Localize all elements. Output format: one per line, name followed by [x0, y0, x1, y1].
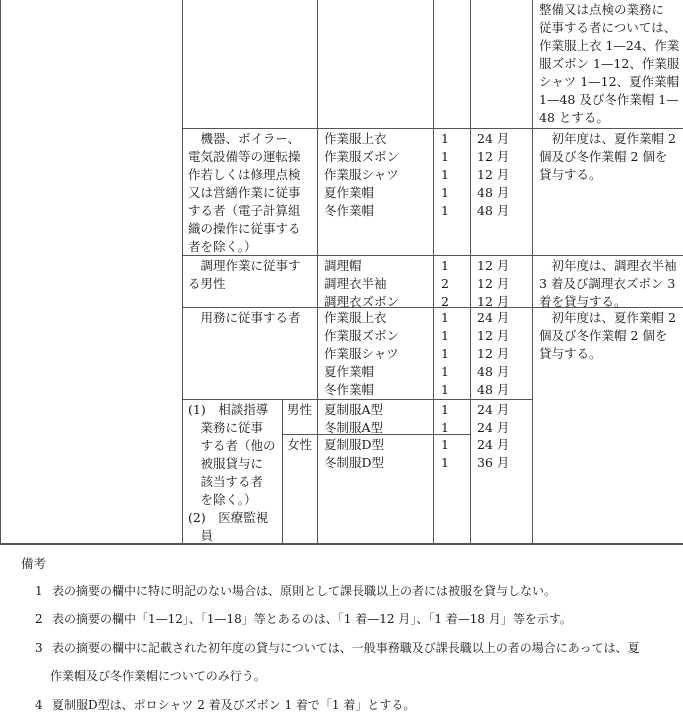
quantity: 1 [441, 257, 449, 275]
remark-line: 作業服上衣 1—24、作業 [539, 37, 679, 55]
period: 12 月 [477, 275, 509, 293]
period: 24 月 [477, 419, 509, 437]
quantity: 1 [441, 184, 449, 202]
remark-cooking: 初年度は、調理衣半袖 3 着及び調理衣ズボン 3 着を貸与する。 [539, 257, 677, 311]
item-name: 冬制服D型 [324, 454, 384, 472]
note-text: 夏制服D型は、ポロシャツ 2 着及びズボン 1 着で「1 着」とする。 [52, 698, 415, 712]
remark-line: 初年度は、夏作業帽 2 [539, 309, 676, 327]
remark-line: 48 とする。 [539, 109, 679, 127]
remark-line: 貸与する。 [539, 166, 676, 184]
note-item-3: 3表の摘要の欄中に記載された初年度の貸与については、一般事務職及び課長職以上の者… [35, 639, 640, 656]
periods-cooking: 12 月 12 月 12 月 [477, 257, 509, 311]
item-name: 作業服ズボン [324, 148, 399, 166]
quantity: 1 [441, 130, 449, 148]
quantity: 1 [441, 148, 449, 166]
category-line: 者を除く。） [188, 238, 301, 256]
category-cooking: 調理作業に従事す る男性 [188, 257, 301, 293]
note-text: 表の摘要の欄中に特に明記のない場合は、原則として課長職以上の者には被服を貸与しな… [52, 584, 556, 598]
note-number: 2 [35, 612, 52, 626]
remark-line: 1—48 及び冬作業帽 1— [539, 91, 679, 109]
remark-line: シャツ 1—12、夏作業帽 [539, 73, 679, 91]
uniform-lending-table: 整備又は点検の業務に 従事する者については、 作業服上衣 1—24、作業 服ズボ… [0, 0, 683, 544]
quantity: 1 [441, 309, 449, 327]
column-divider-period [470, 0, 471, 544]
category-line: を除く。） [188, 491, 276, 509]
periods-general-services: 24 月 12 月 12 月 48 月 48 月 [477, 309, 509, 399]
note-item-3-continuation: 作業帽及び冬作業帽についてのみ行う。 [50, 667, 266, 684]
remark-line: 従事する者については、 [539, 19, 679, 37]
note-item-4: 4夏制服D型は、ポロシャツ 2 着及びズボン 1 着で「1 着」とする。 [35, 696, 415, 713]
item-name: 作業服上衣 [324, 309, 399, 327]
category-line: 業務に従事 [188, 419, 276, 437]
category-counseling-medical: (1) 相談指導 業務に従事 する者（他の 被服貸与に 該当する者 を除く。） … [188, 401, 276, 545]
note-number: 3 [35, 641, 52, 655]
gender-female: 女性 [287, 436, 312, 454]
items-male: 夏制服A型 冬制服A型 [324, 401, 383, 437]
category-line: る男性 [188, 275, 301, 293]
item-name: 夏制服A型 [324, 401, 383, 419]
category-line: 該当する者 [188, 473, 276, 491]
period: 24 月 [477, 401, 509, 419]
gender-male: 男性 [287, 401, 312, 419]
item-name: 冬作業帽 [324, 202, 399, 220]
period: 12 月 [477, 148, 509, 166]
category-line: 機器、ボイラー、 [188, 130, 301, 148]
column-divider-gender [282, 399, 283, 544]
item-name: 夏作業帽 [324, 184, 399, 202]
quantity: 1 [441, 363, 449, 381]
quantity: 1 [441, 454, 449, 472]
quantity: 1 [441, 327, 449, 345]
remark-line: 個及び冬作業帽 2 個を [539, 148, 676, 166]
period: 48 月 [477, 184, 509, 202]
period: 24 月 [477, 130, 509, 148]
item-name: 作業服シャツ [324, 345, 399, 363]
note-number: 1 [35, 584, 52, 598]
item-name: 冬作業帽 [324, 381, 399, 399]
items-female: 夏制服D型 冬制服D型 [324, 436, 384, 472]
items-general-services: 作業服上衣 作業服ズボン 作業服シャツ 夏作業帽 冬作業帽 [324, 309, 399, 399]
item-name: 調理衣半袖 [324, 275, 399, 293]
item-name: 冬制服A型 [324, 419, 383, 437]
note-text: 表の摘要の欄中に記載された初年度の貸与については、一般事務職及び課長職以上の者の… [52, 641, 640, 655]
period: 12 月 [477, 257, 509, 275]
note-item-1: 1表の摘要の欄中に特に明記のない場合は、原則として課長職以上の者には被服を貸与し… [35, 582, 556, 599]
periods-male: 24 月 24 月 [477, 401, 509, 437]
category-line: する者（電子計算組 [188, 202, 301, 220]
quantities-machinery: 1 1 1 1 1 [441, 130, 449, 220]
remark-line: 服ズボン 1—12、作業服 [539, 55, 679, 73]
note-number: 4 [35, 698, 52, 712]
remark-line: 整備又は点検の業務に [539, 1, 679, 19]
notes-heading: 備考 [21, 554, 46, 572]
category-line: 織の操作に従事する [188, 220, 301, 238]
quantity: 1 [441, 381, 449, 399]
quantity: 1 [441, 202, 449, 220]
category-line: (2) 医療監視 [188, 509, 276, 527]
quantities-general-services: 1 1 1 1 1 [441, 309, 449, 399]
category-line: (1) 相談指導 [188, 401, 276, 419]
period: 24 月 [477, 309, 509, 327]
table-left-border [0, 0, 1, 544]
period: 48 月 [477, 202, 509, 220]
quantities-male: 1 1 [441, 401, 449, 437]
quantity: 1 [441, 166, 449, 184]
item-name: 調理帽 [324, 257, 399, 275]
period: 12 月 [477, 327, 509, 345]
category-line: 用務に従事する者 [188, 309, 301, 327]
period: 24 月 [477, 436, 509, 454]
quantity: 1 [441, 436, 449, 454]
periods-female: 24 月 36 月 [477, 436, 509, 472]
remark-line: 初年度は、夏作業帽 2 [539, 130, 676, 148]
category-line: 又は営繕作業に従事 [188, 184, 301, 202]
quantity: 1 [441, 401, 449, 419]
period: 12 月 [477, 166, 509, 184]
category-line: 作若しくは修理点検 [188, 166, 301, 184]
period: 12 月 [477, 345, 509, 363]
item-name: 作業服シャツ [324, 166, 399, 184]
items-machinery: 作業服上衣 作業服ズボン 作業服シャツ 夏作業帽 冬作業帽 [324, 130, 399, 220]
row-divider-1 [182, 128, 683, 129]
category-general-services: 用務に従事する者 [188, 309, 301, 327]
quantity: 2 [441, 275, 449, 293]
remark-machinery: 初年度は、夏作業帽 2 個及び冬作業帽 2 個を 貸与する。 [539, 130, 676, 184]
remark-line: 初年度は、調理衣半袖 [539, 257, 677, 275]
item-name: 夏作業帽 [324, 363, 399, 381]
item-name: 作業服上衣 [324, 130, 399, 148]
table-bottom-border [0, 543, 683, 545]
category-line: する者（他の [188, 437, 276, 455]
items-cooking: 調理帽 調理衣半袖 調理衣ズボン [324, 257, 399, 311]
category-line: 被服貸与に [188, 455, 276, 473]
row-divider-4 [182, 399, 533, 400]
remark-continued: 整備又は点検の業務に 従事する者については、 作業服上衣 1—24、作業 服ズボ… [539, 1, 679, 127]
remark-line: 個及び冬作業帽 2 個を [539, 327, 676, 345]
note-item-2: 2表の摘要の欄中「1—12」、「1—18」等とあるのは、「1 着—12 月」、「… [35, 610, 572, 627]
quantity: 1 [441, 345, 449, 363]
quantity: 1 [441, 419, 449, 437]
period: 48 月 [477, 363, 509, 381]
period: 48 月 [477, 381, 509, 399]
period: 36 月 [477, 454, 509, 472]
item-name: 夏制服D型 [324, 436, 384, 454]
column-divider-category [182, 0, 183, 544]
note-text: 表の摘要の欄中「1—12」、「1—18」等とあるのは、「1 着—12 月」、「1… [52, 612, 572, 626]
category-line: 員 [188, 527, 276, 545]
remark-general-services: 初年度は、夏作業帽 2 個及び冬作業帽 2 個を 貸与する。 [539, 309, 676, 363]
category-line: 調理作業に従事す [188, 257, 301, 275]
category-line: 電気設備等の運転操 [188, 148, 301, 166]
quantities-female: 1 1 [441, 436, 449, 472]
column-divider-item [317, 0, 318, 544]
remark-line: 貸与する。 [539, 345, 676, 363]
column-divider-remark [532, 0, 533, 544]
quantities-cooking: 1 2 2 [441, 257, 449, 311]
periods-machinery: 24 月 12 月 12 月 48 月 48 月 [477, 130, 509, 220]
remark-line: 3 着及び調理衣ズボン 3 [539, 275, 677, 293]
column-divider-quantity [433, 0, 434, 544]
category-machinery: 機器、ボイラー、 電気設備等の運転操 作若しくは修理点検 又は営繕作業に従事 す… [188, 130, 301, 256]
item-name: 作業服ズボン [324, 327, 399, 345]
